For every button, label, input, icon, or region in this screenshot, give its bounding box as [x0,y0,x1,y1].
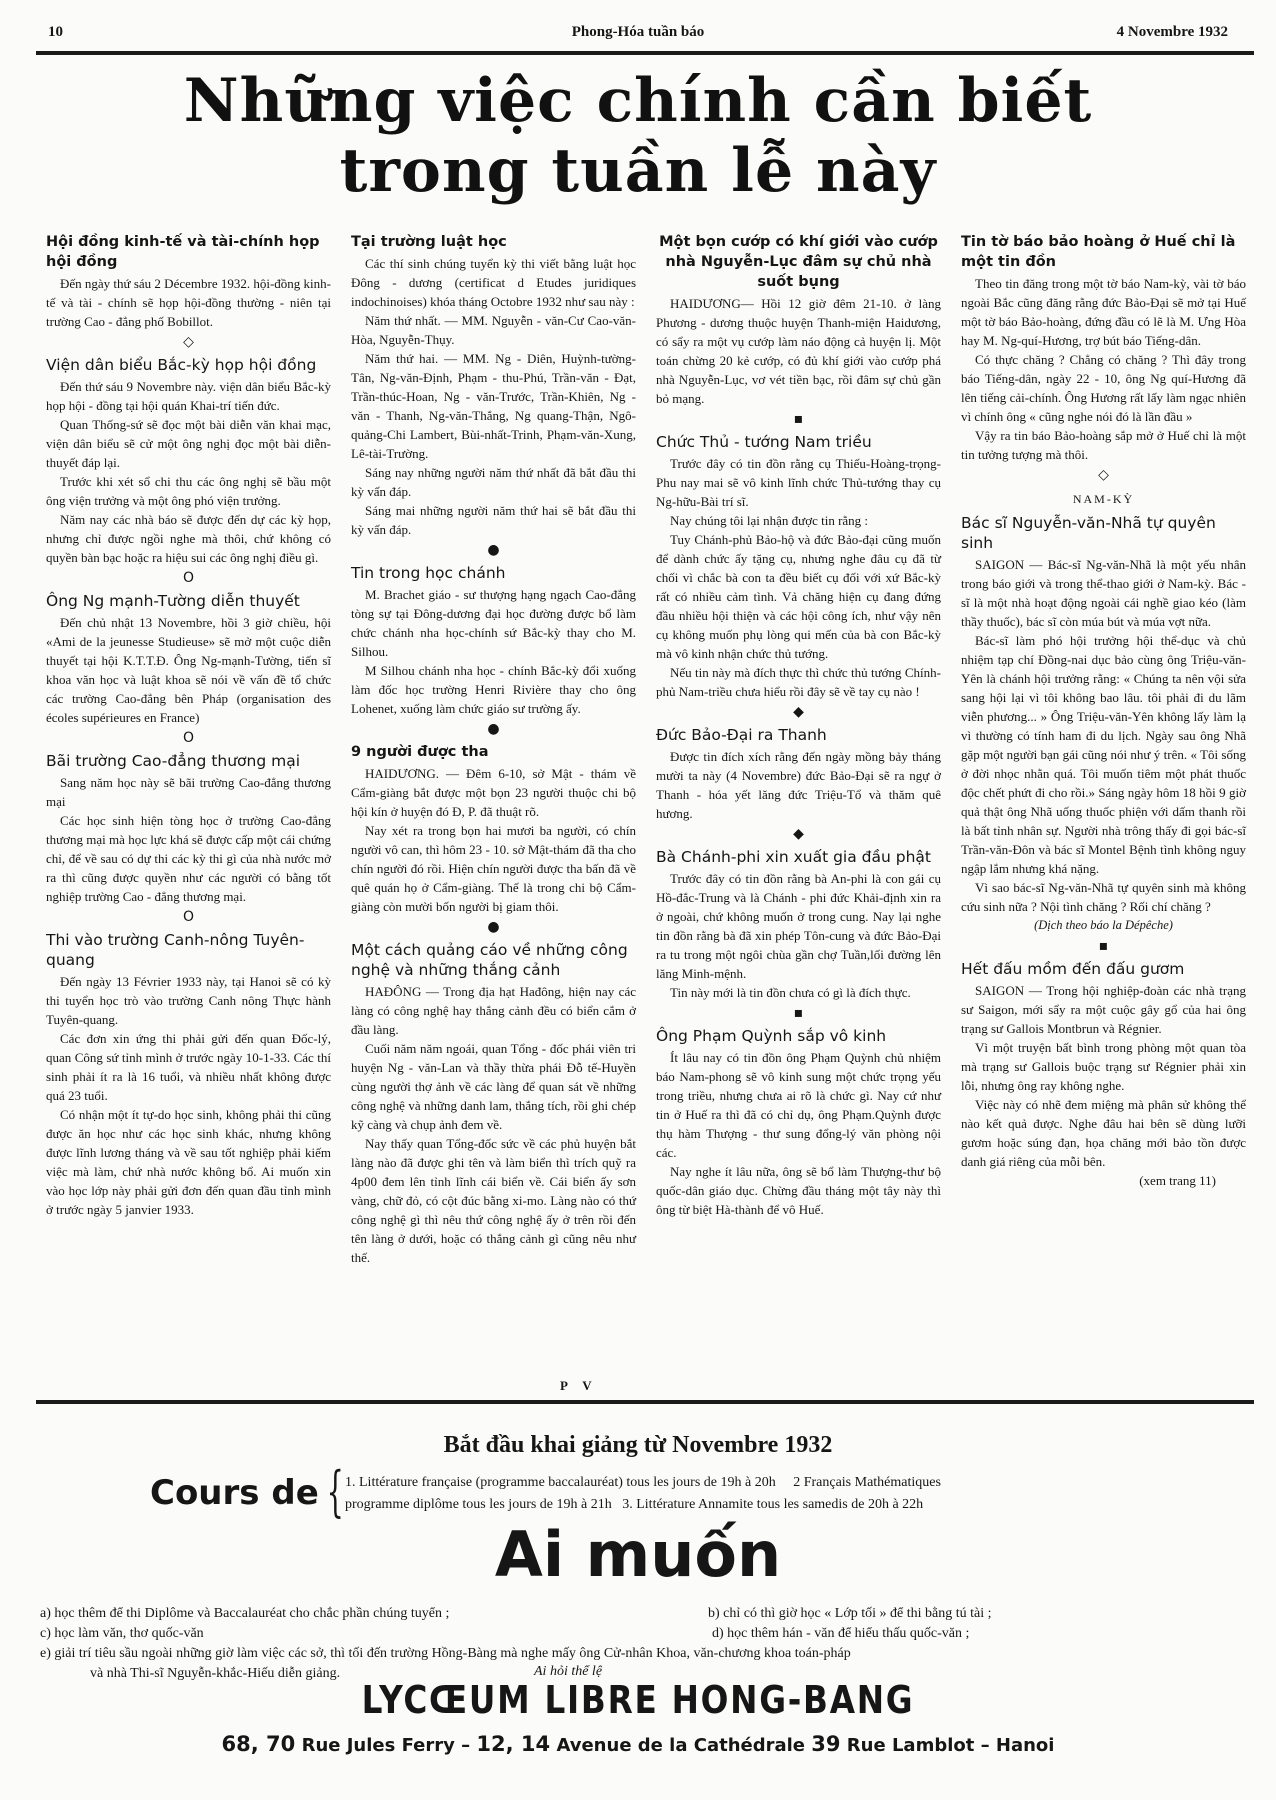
article-paragraph: Đến chủ nhật 13 Novembre, hồi 3 giờ chiề… [46,613,331,727]
option-b: b) chỉ có thì giờ học « Lớp tối » để thi… [708,1604,991,1624]
address-number-2: 12, 14 [476,1732,550,1756]
source-note: (Dịch theo báo la Dépêche) [961,916,1246,935]
article-title: Bãi trường Cao-đẳng thương mại [46,751,331,771]
article-paragraph: Sáng mai những người năm thứ hai sẽ bắt … [351,501,636,539]
article-paragraph: HAIDƯƠNG— Hồi 12 giờ đêm 21-10. ở làng P… [656,294,941,408]
article-title: Ông Phạm Quỳnh sắp vô kinh [656,1026,941,1046]
address-number-3: 39 [811,1732,840,1756]
news-columns: Hội đồng kinh-tế và tài-chính họp hội đồ… [36,232,1256,1370]
ad-school-name: LYCŒUM LIBRE HONG-BANG [89,1678,1186,1722]
article-paragraph: Sáng nay những người năm thứ nhất đã bắt… [351,463,636,501]
square-separator-icon: ▪ [656,1002,941,1026]
column-3: Một bọn cướp có khí giới vào cướp nhà Ng… [646,232,951,1370]
article-title: Hội đồng kinh-tế và tài-chính họp hội đồ… [46,232,331,272]
ad-ai-muon: Ai muốn [0,1515,1276,1595]
article-paragraph: Nay thấy quan Tổng-đốc sức về các phủ hu… [351,1134,636,1267]
issue-date: 4 Novembre 1932 [1117,24,1228,41]
option-d: d) học thêm hán - văn để hiểu thấu quốc-… [712,1624,969,1644]
article-paragraph: Đến ngày thứ sáu 2 Décembre 1932. hội-đồ… [46,274,331,331]
article-title: Tin trong học chánh [351,563,636,583]
hollow-diamond-separator-icon: ◇ [46,331,331,355]
article-paragraph: Các học sinh hiện tòng học ở trường Cao-… [46,811,331,906]
circle-separator-icon: O [46,906,331,930]
article-paragraph: Vì một truyện bất bình trong phòng một q… [961,1038,1246,1095]
article-title: Tin tờ báo bảo hoàng ở Huế chỉ là một ti… [961,232,1246,272]
article-paragraph: Đến ngày 13 Février 1933 này, tại Hanoi … [46,972,331,1029]
address-street-2: Avenue de la Cathédrale [556,1735,805,1756]
school-advertisement: Bắt đầu khai giảng từ Novembre 1932 Cour… [0,1410,1276,1800]
brace-icon: { [327,1465,344,1519]
article-paragraph: M Silhou chánh nha học - chính Bắc-kỳ đổ… [351,661,636,718]
article-title: Hết đấu mồm đến đấu gươm [961,959,1246,979]
address-street-3: Rue Lamblot – Hanoi [847,1735,1055,1756]
masthead: 10 Phong-Hóa tuần báo 4 Novembre 1932 [36,24,1240,46]
article-title: Bác sĩ Nguyễn-văn-Nhã tự quyên sinh [961,513,1246,553]
square-separator-icon: ▪ [961,935,1246,959]
article-title: 9 người được tha [351,742,636,762]
circle-separator-icon: O [46,727,331,751]
headline-line-2: trong tuần lễ này [0,136,1276,206]
article-paragraph: HAĐÔNG — Trong địa hạt Hađông, hiện nay … [351,982,636,1039]
ad-start-line: Bắt đầu khai giảng từ Novembre 1932 [0,1432,1276,1459]
dot-separator-icon: ● [351,718,636,742]
article-title: Bà Chánh-phi xin xuất gia đầu phật [656,847,941,867]
article-paragraph: Cuối năm năm ngoái, quan Tổng - đốc phái… [351,1039,636,1134]
article-title: Thi vào trường Canh-nông Tuyên-quang [46,930,331,970]
article-paragraph: Việc này có nhẽ đem miệng mà phân sử khô… [961,1095,1246,1171]
article-paragraph: Theo tin đăng trong một tờ báo Nam-kỳ, v… [961,274,1246,350]
article-paragraph: Năm thứ hai. — MM. Ng - Diên, Huỳnh-tườn… [351,349,636,463]
course-line-2: programme diplôme tous les jours de 19h … [345,1497,923,1512]
article-title: Viện dân biểu Bắc-kỳ họp hội đồng [46,355,331,375]
article-paragraph: SAIGON — Bác-sĩ Ng-văn-Nhã là một yếu nh… [961,555,1246,631]
headline-line-1: Những việc chính cần biết [184,66,1092,136]
article-paragraph: Các đơn xin ứng thi phải gửi đến quan Đố… [46,1029,331,1105]
section-label-nam-ky: NAM-KỲ [961,490,1246,509]
option-c: c) học làm văn, thơ quốc-văn [40,1624,204,1644]
address-street-1: Rue Jules Ferry – [302,1735,471,1756]
article-paragraph: Có nhận một ít tự-do học sinh, không phả… [46,1105,331,1219]
article-paragraph: Tuy Chánh-phủ Bảo-hộ và đức Bảo-đại cũng… [656,530,941,663]
article-paragraph: M. Brachet giáo - sư thượng hạng ngạch C… [351,585,636,661]
article-title: Một bọn cướp có khí giới vào cướp nhà Ng… [656,232,941,292]
article-paragraph: Trước đây có tin đồn rằng cụ Thiếu-Hoàng… [656,454,941,511]
article-paragraph: Bác-sĩ làm phó hội trưởng hội thể-dục và… [961,631,1246,878]
article-paragraph: Nay nghe ít lâu nữa, ông sẽ bổ làm Thượn… [656,1162,941,1219]
article-paragraph: Tin này mới là tin đồn chưa có gì là đíc… [656,983,941,1002]
bottom-rule-divider [36,1400,1254,1404]
article-title: Một cách quảng cáo về những công nghệ và… [351,940,636,980]
course-line-1: 1. Littérature française (programme bacc… [345,1475,941,1490]
ad-course-list: 1. Littérature française (programme bacc… [345,1472,941,1516]
article-paragraph: Nay xét ra trong bọn hai mươi ba người, … [351,821,636,916]
option-e-line-1: e) giải trí tiêu sầu ngoài những giờ làm… [40,1644,851,1664]
article-paragraph: Các thí sinh chúng tuyển kỳ thi viết bằn… [351,254,636,311]
diamond-separator-icon: ◆ [656,701,941,725]
dot-separator-icon: ● [351,916,636,940]
article-title: Chức Thủ - tướng Nam triều [656,432,941,452]
top-rule-divider [36,51,1254,55]
article-paragraph: Đến thứ sáu 9 Novembre này. viện dân biể… [46,377,331,415]
page-headline: Những việc chính cần biết trong tuần lễ … [0,66,1276,206]
article-paragraph: Được tin đích xích rằng đến ngày mồng bả… [656,747,941,823]
article-paragraph: Có thực chăng ? Chẳng có chăng ? Thì đây… [961,350,1246,426]
column-1: Hội đồng kinh-tế và tài-chính họp hội đồ… [36,232,341,1370]
article-paragraph: Vì sao bác-sĩ Ng-văn-Nhã tự quyên sinh m… [961,878,1246,916]
dot-separator-icon: ● [351,539,636,563]
article-paragraph: Sang năm học này sẽ bãi trường Cao-đẳng … [46,773,331,811]
author-signature: P V [560,1378,598,1394]
article-paragraph: Nếu tin này mà đích thực thì chức thủ tư… [656,663,941,701]
article-paragraph: Trước khi xét sổ chi thu các ông nghị sẽ… [46,472,331,510]
article-title: Tại trường luật học [351,232,636,252]
article-paragraph: Ít lâu nay có tin đồn ông Phạm Quỳnh chủ… [656,1048,941,1162]
article-paragraph: Năm nay các nhà báo sẽ được đến dự các k… [46,510,331,567]
continued-on-page-link[interactable]: (xem trang 11) [961,1171,1246,1190]
square-separator-icon: ▪ [656,408,941,432]
article-title: Ông Ng mạnh-Tường diễn thuyết [46,591,331,611]
address-number-1: 68, 70 [222,1732,296,1756]
article-paragraph: Năm thứ nhất. — MM. Nguyễn - văn-Cư Cao-… [351,311,636,349]
article-title: Đức Bảo-Đại ra Thanh [656,725,941,745]
ad-cours-de: Cours de [150,1473,319,1513]
hollow-diamond-separator-icon: ◇ [961,464,1246,488]
paper-name: Phong-Hóa tuần báo [36,24,1240,41]
article-paragraph: SAIGON — Trong hội nghiệp-đoàn các nhà t… [961,981,1246,1038]
article-paragraph: HAIDƯƠNG. — Đêm 6-10, sở Mật - thám về C… [351,764,636,821]
article-paragraph: Vậy ra tin báo Bảo-hoàng sắp mở ở Huế ch… [961,426,1246,464]
article-paragraph: Quan Thống-sứ sẽ đọc một bài diễn văn kh… [46,415,331,472]
column-2: Tại trường luật học Các thí sinh chúng t… [341,232,646,1370]
article-paragraph: Trước đây có tin đồn rằng bà An-phi là c… [656,869,941,983]
option-a: a) học thêm để thi Diplôme và Baccalauré… [40,1604,449,1624]
ad-address: 68, 70 Rue Jules Ferry – 12, 14 Avenue d… [0,1732,1276,1756]
circle-separator-icon: O [46,567,331,591]
diamond-separator-icon: ◆ [656,823,941,847]
article-paragraph: Nay chúng tôi lại nhận được tin rằng : [656,511,941,530]
column-4: Tin tờ báo bảo hoàng ở Huế chỉ là một ti… [951,232,1256,1370]
